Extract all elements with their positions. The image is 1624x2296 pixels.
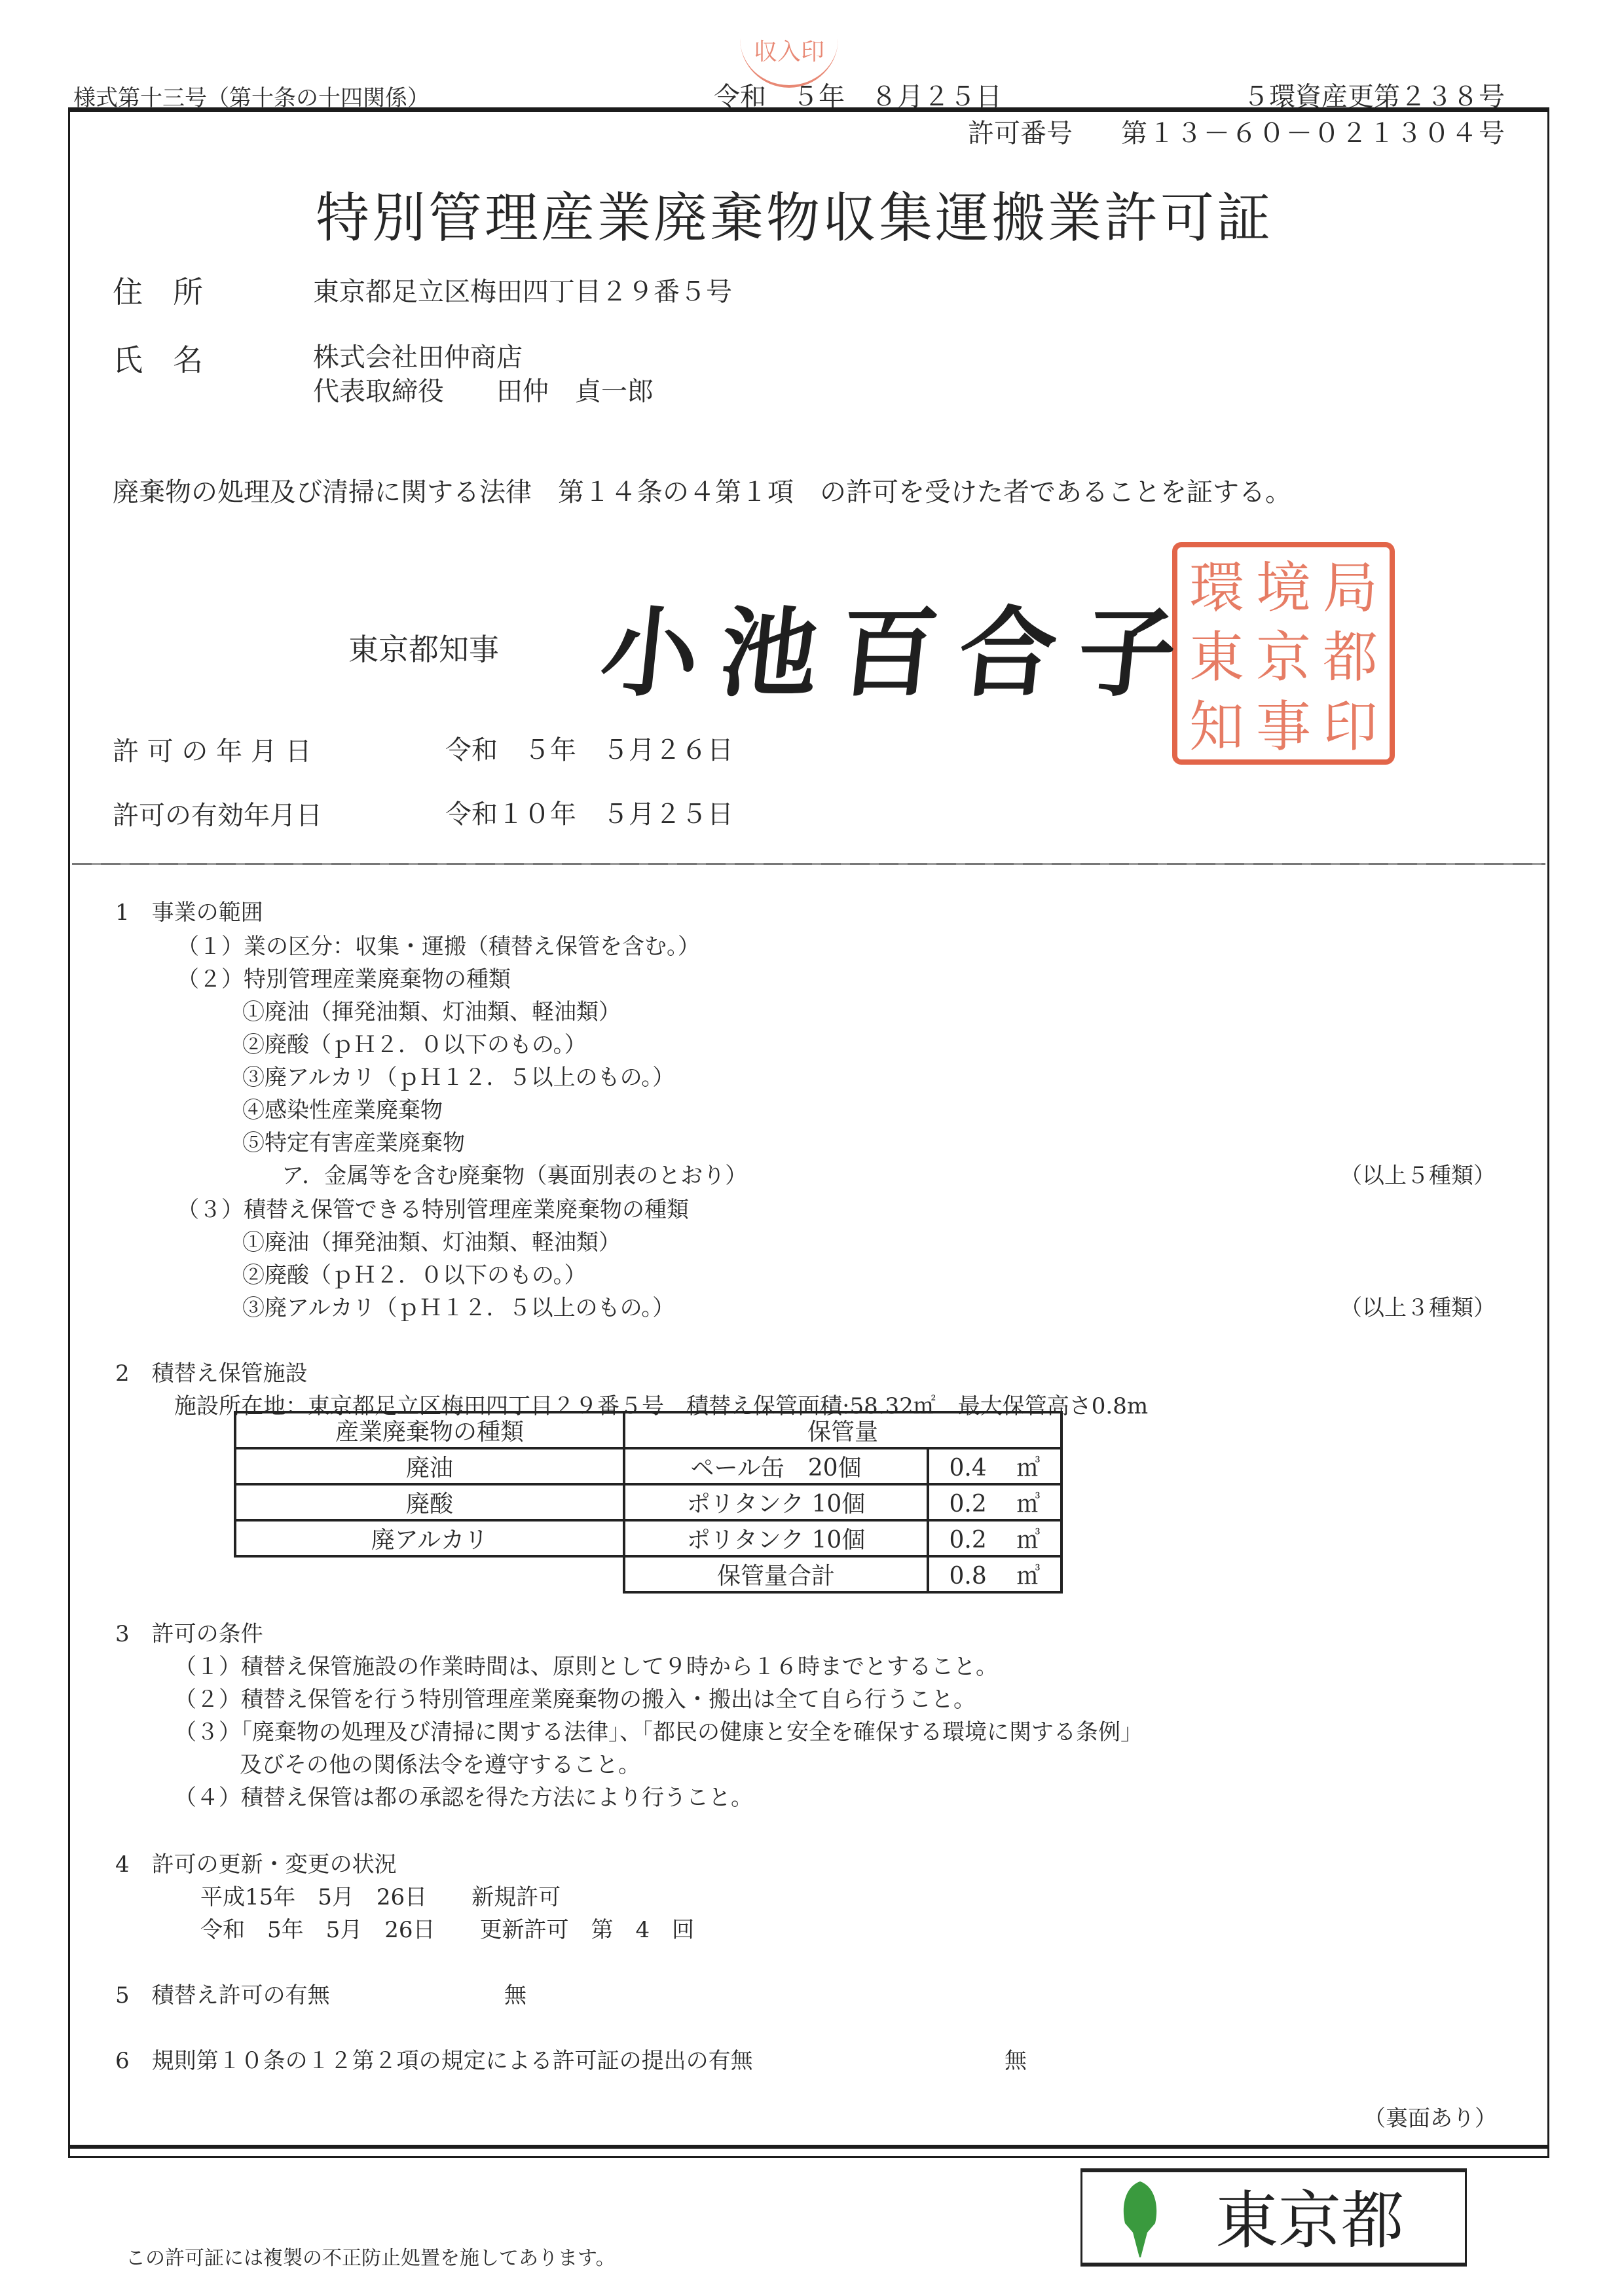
seal-char: 知: [1185, 694, 1248, 759]
section1-item1: （１）業の区分：収集・運搬（積替え保管を含む。）: [177, 928, 700, 960]
total-volume-cell: 0.8 ㎥: [928, 1556, 1061, 1592]
ginkgo-leaf-icon: [1121, 2180, 1159, 2259]
seal-char: 印: [1319, 694, 1382, 759]
representative-name: 代表取締役 田仲 貞一郎: [313, 371, 654, 408]
certification-text: 廃棄物の処理及び清掃に関する法律 第１４条の４第１項 の許可を受けた者であること…: [113, 471, 1291, 509]
condition-item: （２）積替え保管を行う特別管理産業廃棄物の搬入・搬出は全て自ら行うこと。: [174, 1681, 976, 1713]
seal-char: 都: [1319, 625, 1382, 690]
volume-cell: 0.2 ㎥: [928, 1484, 1061, 1520]
condition-item: （４）積替え保管は都の承認を得た方法により行うこと。: [174, 1779, 753, 1812]
container-cell: ペール缶 20個: [624, 1448, 928, 1484]
table-total-row: 保管量合計 0.8 ㎥: [235, 1556, 1061, 1592]
section4-heading: 4 許可の更新・変更の状況: [115, 1846, 397, 1878]
address-label: 住 所: [113, 268, 203, 312]
total-label-cell: 保管量合計: [624, 1556, 928, 1592]
section1-item2: （２）特別管理産業廃棄物の種類: [177, 961, 511, 993]
permit-number-label: 許可番号: [968, 113, 1073, 150]
condition-item: （３）「廃棄物の処理及び清掃に関する法律」、「都民の健康と安全を確保する環境に関…: [174, 1714, 1143, 1746]
header-storage-amount: 保管量: [624, 1412, 1061, 1448]
section5-heading: 5 積替え許可の有無: [115, 1977, 330, 2009]
seal-char: 境: [1252, 555, 1315, 621]
waste-type-item: ②廃酸（ｐＨ２．０以下のもの。）: [242, 1027, 587, 1059]
reverse-side-note: （裏面あり）: [1363, 2100, 1497, 2132]
waste-type-item: ⑤特定有害産業廃棄物: [242, 1125, 465, 1157]
storage-table: 産業廃棄物の種類 保管量 廃油 ペール缶 20個 0.4 ㎥ 廃酸 ポリタンク …: [234, 1411, 1063, 1594]
section-divider: [72, 863, 1545, 865]
volume-cell: 0.2 ㎥: [928, 1520, 1061, 1556]
permit-date-label: 許 可 の 年 月 日: [113, 731, 312, 768]
transfer-type-item: ①廃油（揮発油類、灯油類、軽油類）: [242, 1224, 621, 1256]
anti-copy-note: この許可証には複製の不正防止処置を施してあります。: [126, 2242, 616, 2270]
frame-bottom-rule: [68, 2145, 1549, 2149]
condition-item-continued: 及びその他の関係法令を遵守すること。: [240, 1747, 640, 1779]
container-cell: ポリタンク 10個: [624, 1484, 928, 1520]
section3-heading: 3 許可の条件: [115, 1616, 263, 1648]
section2-heading: 2 積替え保管施設: [115, 1355, 308, 1387]
section1-heading: 1 事業の範囲: [115, 894, 263, 926]
table-row: 廃アルカリ ポリタンク 10個 0.2 ㎥: [235, 1520, 1061, 1556]
table-row: 廃油 ペール缶 20個 0.4 ㎥: [235, 1448, 1061, 1484]
table-row: 廃酸 ポリタンク 10個 0.2 ㎥: [235, 1484, 1061, 1520]
waste-type-cell: 廃アルカリ: [235, 1520, 624, 1556]
governor-signature: 小池百合子: [595, 576, 1206, 715]
frame-top-rule: [68, 107, 1549, 111]
history-item: 平成15年 5月 26日 新規許可: [200, 1879, 561, 1911]
blank-cell: [235, 1556, 624, 1592]
waste-type-item: ①廃油（揮発油類、灯油類、軽油類）: [242, 994, 621, 1026]
expiry-date-label: 許可の有効年月日: [113, 795, 322, 832]
section6-heading: 6 規則第１０条の１２第２項の規定による許可証の提出の有無: [115, 2043, 753, 2075]
transfer-type-item: ②廃酸（ｐＨ２．０以下のもの。）: [242, 1257, 587, 1289]
seal-char: 局: [1319, 555, 1382, 621]
transfer-type-count: （以上３種類）: [1340, 1290, 1496, 1322]
permit-number: 第１３－６０－０２１３０４号: [1121, 113, 1506, 150]
history-item: 令和 5年 5月 26日 更新許可 第 4 回: [200, 1912, 694, 1944]
expiry-date: 令和１０年 ５月２５日: [445, 793, 733, 831]
waste-type-count: （以上５種類）: [1340, 1157, 1496, 1190]
waste-type-cell: 廃油: [235, 1448, 624, 1484]
waste-type-cell: 廃酸: [235, 1484, 624, 1520]
waste-type-item: ④感染性産業廃棄物: [242, 1092, 443, 1124]
header-waste-type: 産業廃棄物の種類: [235, 1412, 624, 1448]
issuer-title: 東京都知事: [348, 626, 499, 669]
section1-item3: （３）積替え保管できる特別管理産業廃棄物の種類: [177, 1192, 689, 1224]
section5-value: 無: [504, 1977, 526, 2009]
address-value: 東京都足立区梅田四丁目２９番５号: [313, 271, 732, 308]
table-header-row: 産業廃棄物の種類 保管量: [235, 1412, 1061, 1448]
official-seal: 環 境 局 東 京 都 知 事 印: [1172, 542, 1395, 765]
container-cell: ポリタンク 10個: [624, 1520, 928, 1556]
seal-char: 事: [1252, 694, 1315, 759]
waste-subitem: ア．金属等を含む廃棄物（裏面別表のとおり）: [282, 1157, 747, 1190]
section6-value: 無: [1005, 2043, 1027, 2075]
seal-char: 京: [1252, 625, 1315, 690]
company-name: 株式会社田仲商店: [313, 337, 523, 374]
name-label: 氏 名: [113, 337, 203, 380]
tokyo-logo-text: 東京都: [1215, 2171, 1404, 2261]
permit-date: 令和 ５年 ５月２６日: [445, 729, 733, 767]
waste-type-item: ③廃アルカリ（ｐＨ１２．５以上のもの。）: [242, 1059, 674, 1091]
transfer-type-item: ③廃アルカリ（ｐＨ１２．５以上のもの。）: [242, 1290, 674, 1322]
condition-item: （１）積替え保管施設の作業時間は、原則として９時から１６時までとすること。: [174, 1649, 998, 1681]
volume-cell: 0.4 ㎥: [928, 1448, 1061, 1484]
page-title: 特別管理産業廃棄物収集運搬業許可証: [316, 175, 1273, 252]
